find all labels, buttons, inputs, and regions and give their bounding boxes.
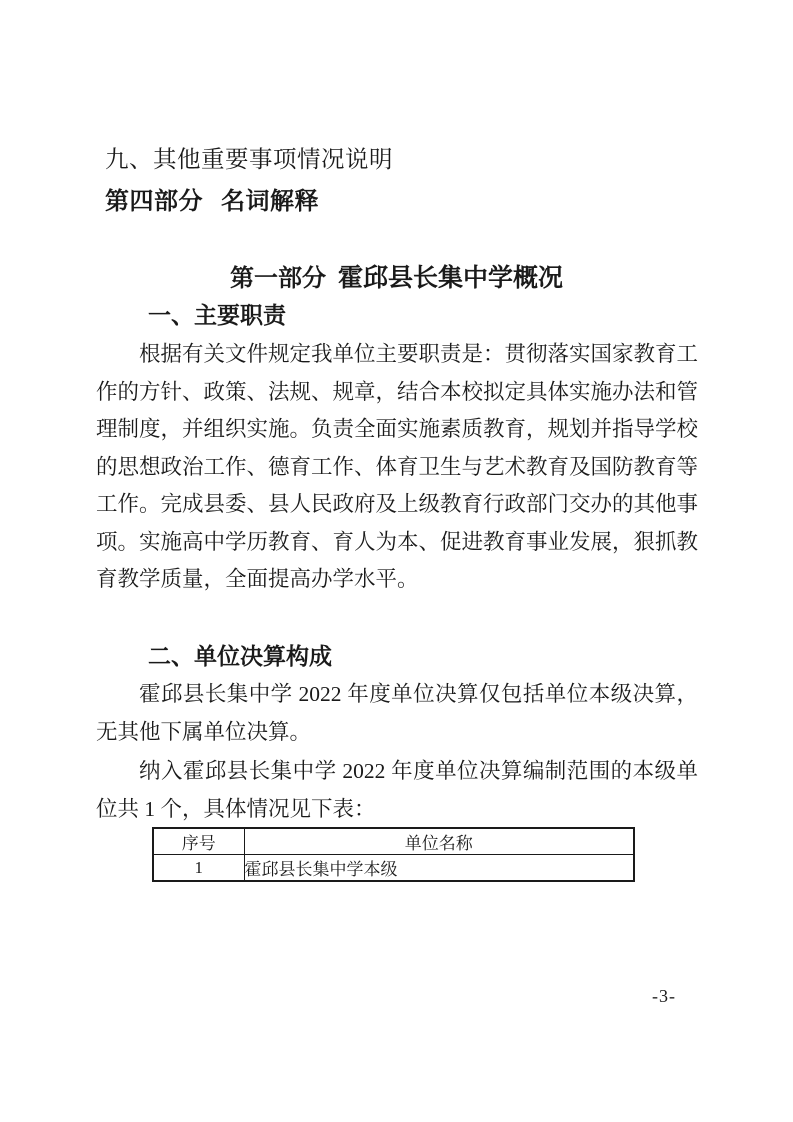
part1-main-heading: 第一部分霍邱县长集中学概况: [0, 258, 793, 294]
part4-heading: 第四部分名词解释: [105, 188, 319, 217]
unit-list-table: 序号 单位名称 1 霍邱县长集中学本级: [152, 827, 635, 882]
table-row: 1 霍邱县长集中学本级: [153, 855, 634, 882]
part4-label: 第四部分: [105, 189, 203, 215]
table-cell-seq: 1: [153, 855, 244, 882]
table-header-unit-name: 单位名称: [244, 828, 634, 855]
section-1-heading: 一、主要职责: [148, 302, 286, 329]
part1-title: 霍邱县长集中学概况: [338, 264, 563, 292]
table-cell-unit-name: 霍邱县长集中学本级: [244, 855, 634, 882]
table-header-row: 序号 单位名称: [153, 828, 634, 855]
table-header-seq: 序号: [153, 828, 244, 855]
section-1-paragraph: 根据有关文件规定我单位主要职责是：贯彻落实国家教育工作的方针、政策、法规、规章，…: [96, 336, 698, 599]
page-number: -3-: [652, 986, 676, 1007]
document-page: 九、其他重要事项情况说明 第四部分名词解释 第一部分霍邱县长集中学概况 一、主要…: [0, 0, 793, 1122]
section-2-paragraph-1: 霍邱县长集中学 2022 年度单位决算仅包括单位本级决算，无其他下属单位决算。: [96, 676, 698, 751]
section-2-heading: 二、单位决算构成: [148, 643, 332, 670]
part1-label: 第一部分: [230, 265, 326, 292]
part4-title: 名词解释: [221, 189, 319, 215]
section-2-paragraph-2: 纳入霍邱县长集中学 2022 年度单位决算编制范围的本级单位共 1 个，具体情况…: [96, 753, 698, 828]
intro-line-other-matters: 九、其他重要事项情况说明: [105, 146, 393, 174]
